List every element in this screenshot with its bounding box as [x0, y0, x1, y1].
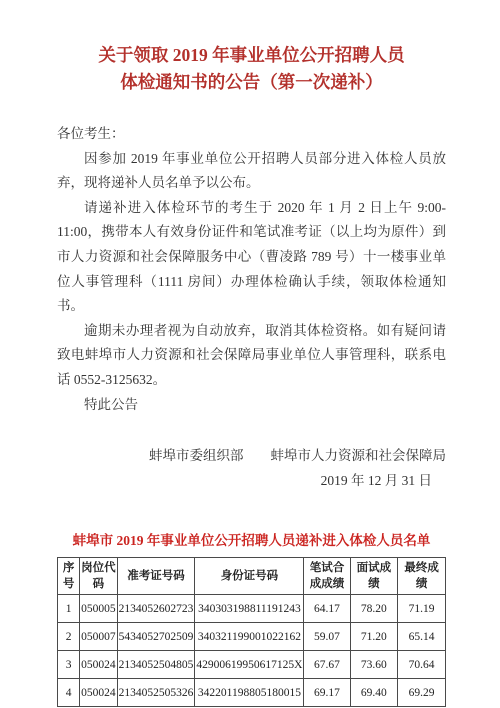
- cell-job-code: 050007: [80, 623, 118, 651]
- col-header-job-code: 岗位代码: [80, 558, 118, 595]
- announcement-document: 关于领取 2019 年事业单位公开招聘人员 体检通知书的公告（第一次递补） 各位…: [0, 0, 500, 708]
- cell-seq: 4: [58, 679, 80, 707]
- cell-exam-number: 5434052702509: [117, 623, 195, 651]
- page-title: 关于领取 2019 年事业单位公开招聘人员 体检通知书的公告（第一次递补）: [57, 42, 446, 96]
- table-row: 3 050024 2134052504805 42900619950617125…: [58, 651, 446, 679]
- page-title-line2: 体检通知书的公告（第一次递补）: [120, 72, 383, 92]
- cell-exam-number: 2134052602723: [117, 595, 195, 623]
- cell-seq: 3: [58, 651, 80, 679]
- table-header-row: 序号 岗位代码 准考证号码 身份证号码 笔试合成成绩 面试成绩 最终成绩: [58, 558, 446, 595]
- cell-interview-score: 73.60: [350, 651, 398, 679]
- col-header-exam-number: 准考证号码: [117, 558, 195, 595]
- cell-written-score: 67.67: [304, 651, 350, 679]
- cell-exam-number: 2134052505326: [117, 679, 195, 707]
- cell-job-code: 050024: [80, 679, 118, 707]
- cell-written-score: 59.07: [304, 623, 350, 651]
- salutation: 各位考生：: [57, 122, 446, 147]
- closing-statement: 特此公告: [57, 393, 446, 418]
- cell-final-score: 71.19: [398, 595, 446, 623]
- cell-job-code: 050024: [80, 651, 118, 679]
- cell-written-score: 64.17: [304, 595, 350, 623]
- issuing-authorities: 蚌埠市委组织部 蚌埠市人力资源和社会保障局: [57, 443, 446, 468]
- cell-id-number: 340303198811191243: [195, 595, 304, 623]
- cell-id-number: 342201198805180015: [195, 679, 304, 707]
- paragraph-withdrawal-notice: 因参加 2019 年事业单位公开招聘人员部分进入体检人员放弃，现将递补人员名单予…: [57, 147, 446, 196]
- col-header-interview-score: 面试成绩: [350, 558, 398, 595]
- col-header-written-score: 笔试合成成绩: [304, 558, 350, 595]
- cell-exam-number: 2134052504805: [117, 651, 195, 679]
- cell-final-score: 65.14: [398, 623, 446, 651]
- cell-interview-score: 71.20: [350, 623, 398, 651]
- cell-seq: 2: [58, 623, 80, 651]
- cell-interview-score: 78.20: [350, 595, 398, 623]
- col-header-id-number: 身份证号码: [195, 558, 304, 595]
- page-title-line1: 关于领取 2019 年事业单位公开招聘人员: [98, 45, 404, 65]
- table-row: 1 050005 2134052602723 34030319881119124…: [58, 595, 446, 623]
- announcement-body: 各位考生： 因参加 2019 年事业单位公开招聘人员部分进入体检人员放弃，现将递…: [57, 122, 446, 417]
- cell-interview-score: 69.40: [350, 679, 398, 707]
- cell-final-score: 69.29: [398, 679, 446, 707]
- table-row: 2 050007 5434052702509 34032119900102216…: [58, 623, 446, 651]
- cell-id-number: 340321199001022162: [195, 623, 304, 651]
- cell-id-number: 42900619950617125X: [195, 651, 304, 679]
- issue-date: 2019 年 12 月 31 日: [57, 468, 446, 493]
- cell-seq: 1: [58, 595, 80, 623]
- col-header-final-score: 最终成绩: [398, 558, 446, 595]
- signature-block: 蚌埠市委组织部 蚌埠市人力资源和社会保障局 2019 年 12 月 31 日: [57, 443, 446, 493]
- paragraph-deadline-contact: 逾期未办理者视为自动放弃，取消其体检资格。如有疑问请致电蚌埠市人力资源和社会保障…: [57, 319, 446, 393]
- candidate-roster-table: 序号 岗位代码 准考证号码 身份证号码 笔试合成成绩 面试成绩 最终成绩 1 0…: [57, 557, 446, 707]
- col-header-seq: 序号: [58, 558, 80, 595]
- cell-written-score: 69.17: [304, 679, 350, 707]
- paragraph-checkin-instructions: 请递补进入体检环节的考生于 2020 年 1 月 2 日上午 9:00-11:0…: [57, 196, 446, 319]
- cell-job-code: 050005: [80, 595, 118, 623]
- cell-final-score: 70.64: [398, 651, 446, 679]
- roster-table-title: 蚌埠市 2019 年事业单位公开招聘人员递补进入体检人员名单: [57, 529, 446, 549]
- table-row: 4 050024 2134052505326 34220119880518001…: [58, 679, 446, 707]
